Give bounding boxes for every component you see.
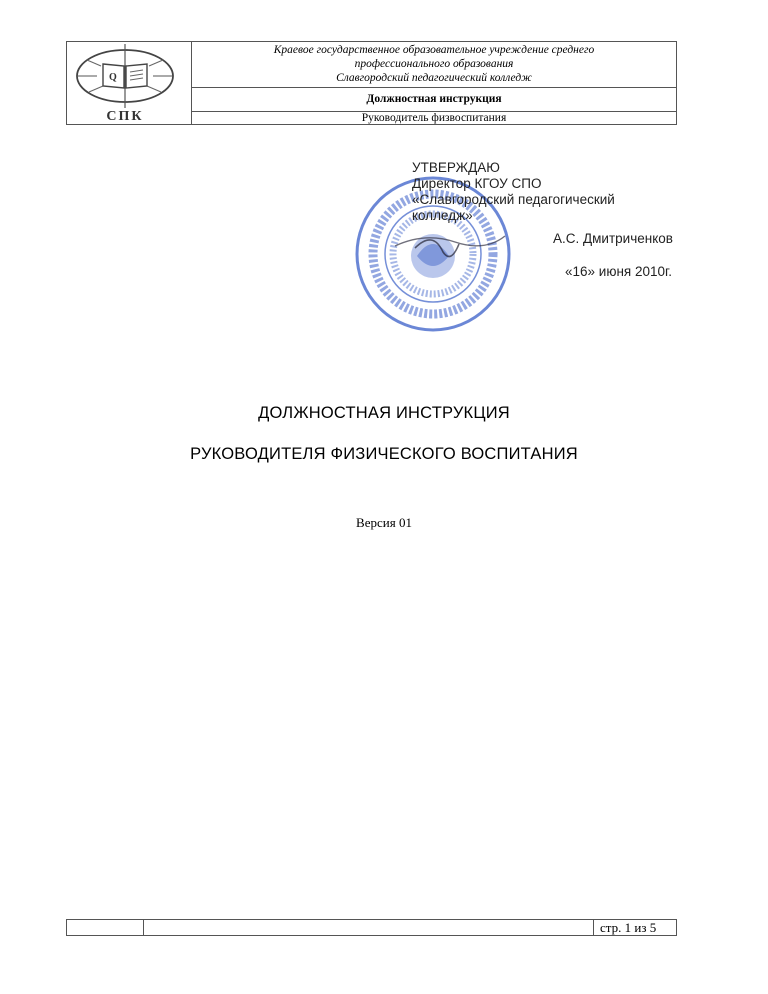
document-type: Должностная инструкция [192, 88, 676, 112]
signer-name: А.С. Дмитриченков [553, 231, 673, 246]
approval-line: колледж» [412, 208, 615, 224]
position-name: Руководитель физвоспитания [192, 111, 676, 125]
header-table: Q СПК Краевое государственное образовате… [66, 41, 677, 125]
approval-line: УТВЕРЖДАЮ [412, 160, 615, 176]
org-line: Славгородский педагогический колледж [192, 71, 676, 85]
svg-text:Q: Q [109, 72, 117, 83]
approval-line: Директор КГОУ СПО [412, 176, 615, 192]
document-subtitle: РУКОВОДИТЕЛЯ ФИЗИЧЕСКОГО ВОСПИТАНИЯ [0, 445, 768, 464]
version-label: Версия 01 [0, 515, 768, 531]
book-globe-icon: Q СПК [67, 42, 191, 124]
organization-name: Краевое государственное образовательное … [192, 42, 676, 88]
svg-text:СПК: СПК [106, 109, 143, 124]
footer-cell [144, 920, 594, 935]
college-logo: Q СПК [67, 42, 192, 124]
footer-cell [67, 920, 144, 935]
approval-line: «Славгородский педагогический [412, 192, 615, 208]
org-line: Краевое государственное образовательное … [192, 43, 676, 57]
page-number: стр. 1 из 5 [594, 920, 676, 935]
document-title: ДОЛЖНОСТНАЯ ИНСТРУКЦИЯ [0, 404, 768, 423]
approval-block: УТВЕРЖДАЮ Директор КГОУ СПО «Славгородск… [355, 160, 685, 350]
approval-date: «16» июня 2010г. [565, 264, 672, 279]
approval-text: УТВЕРЖДАЮ Директор КГОУ СПО «Славгородск… [412, 160, 615, 224]
footer-table: стр. 1 из 5 [66, 919, 677, 936]
org-line: профессионального образования [192, 57, 676, 71]
